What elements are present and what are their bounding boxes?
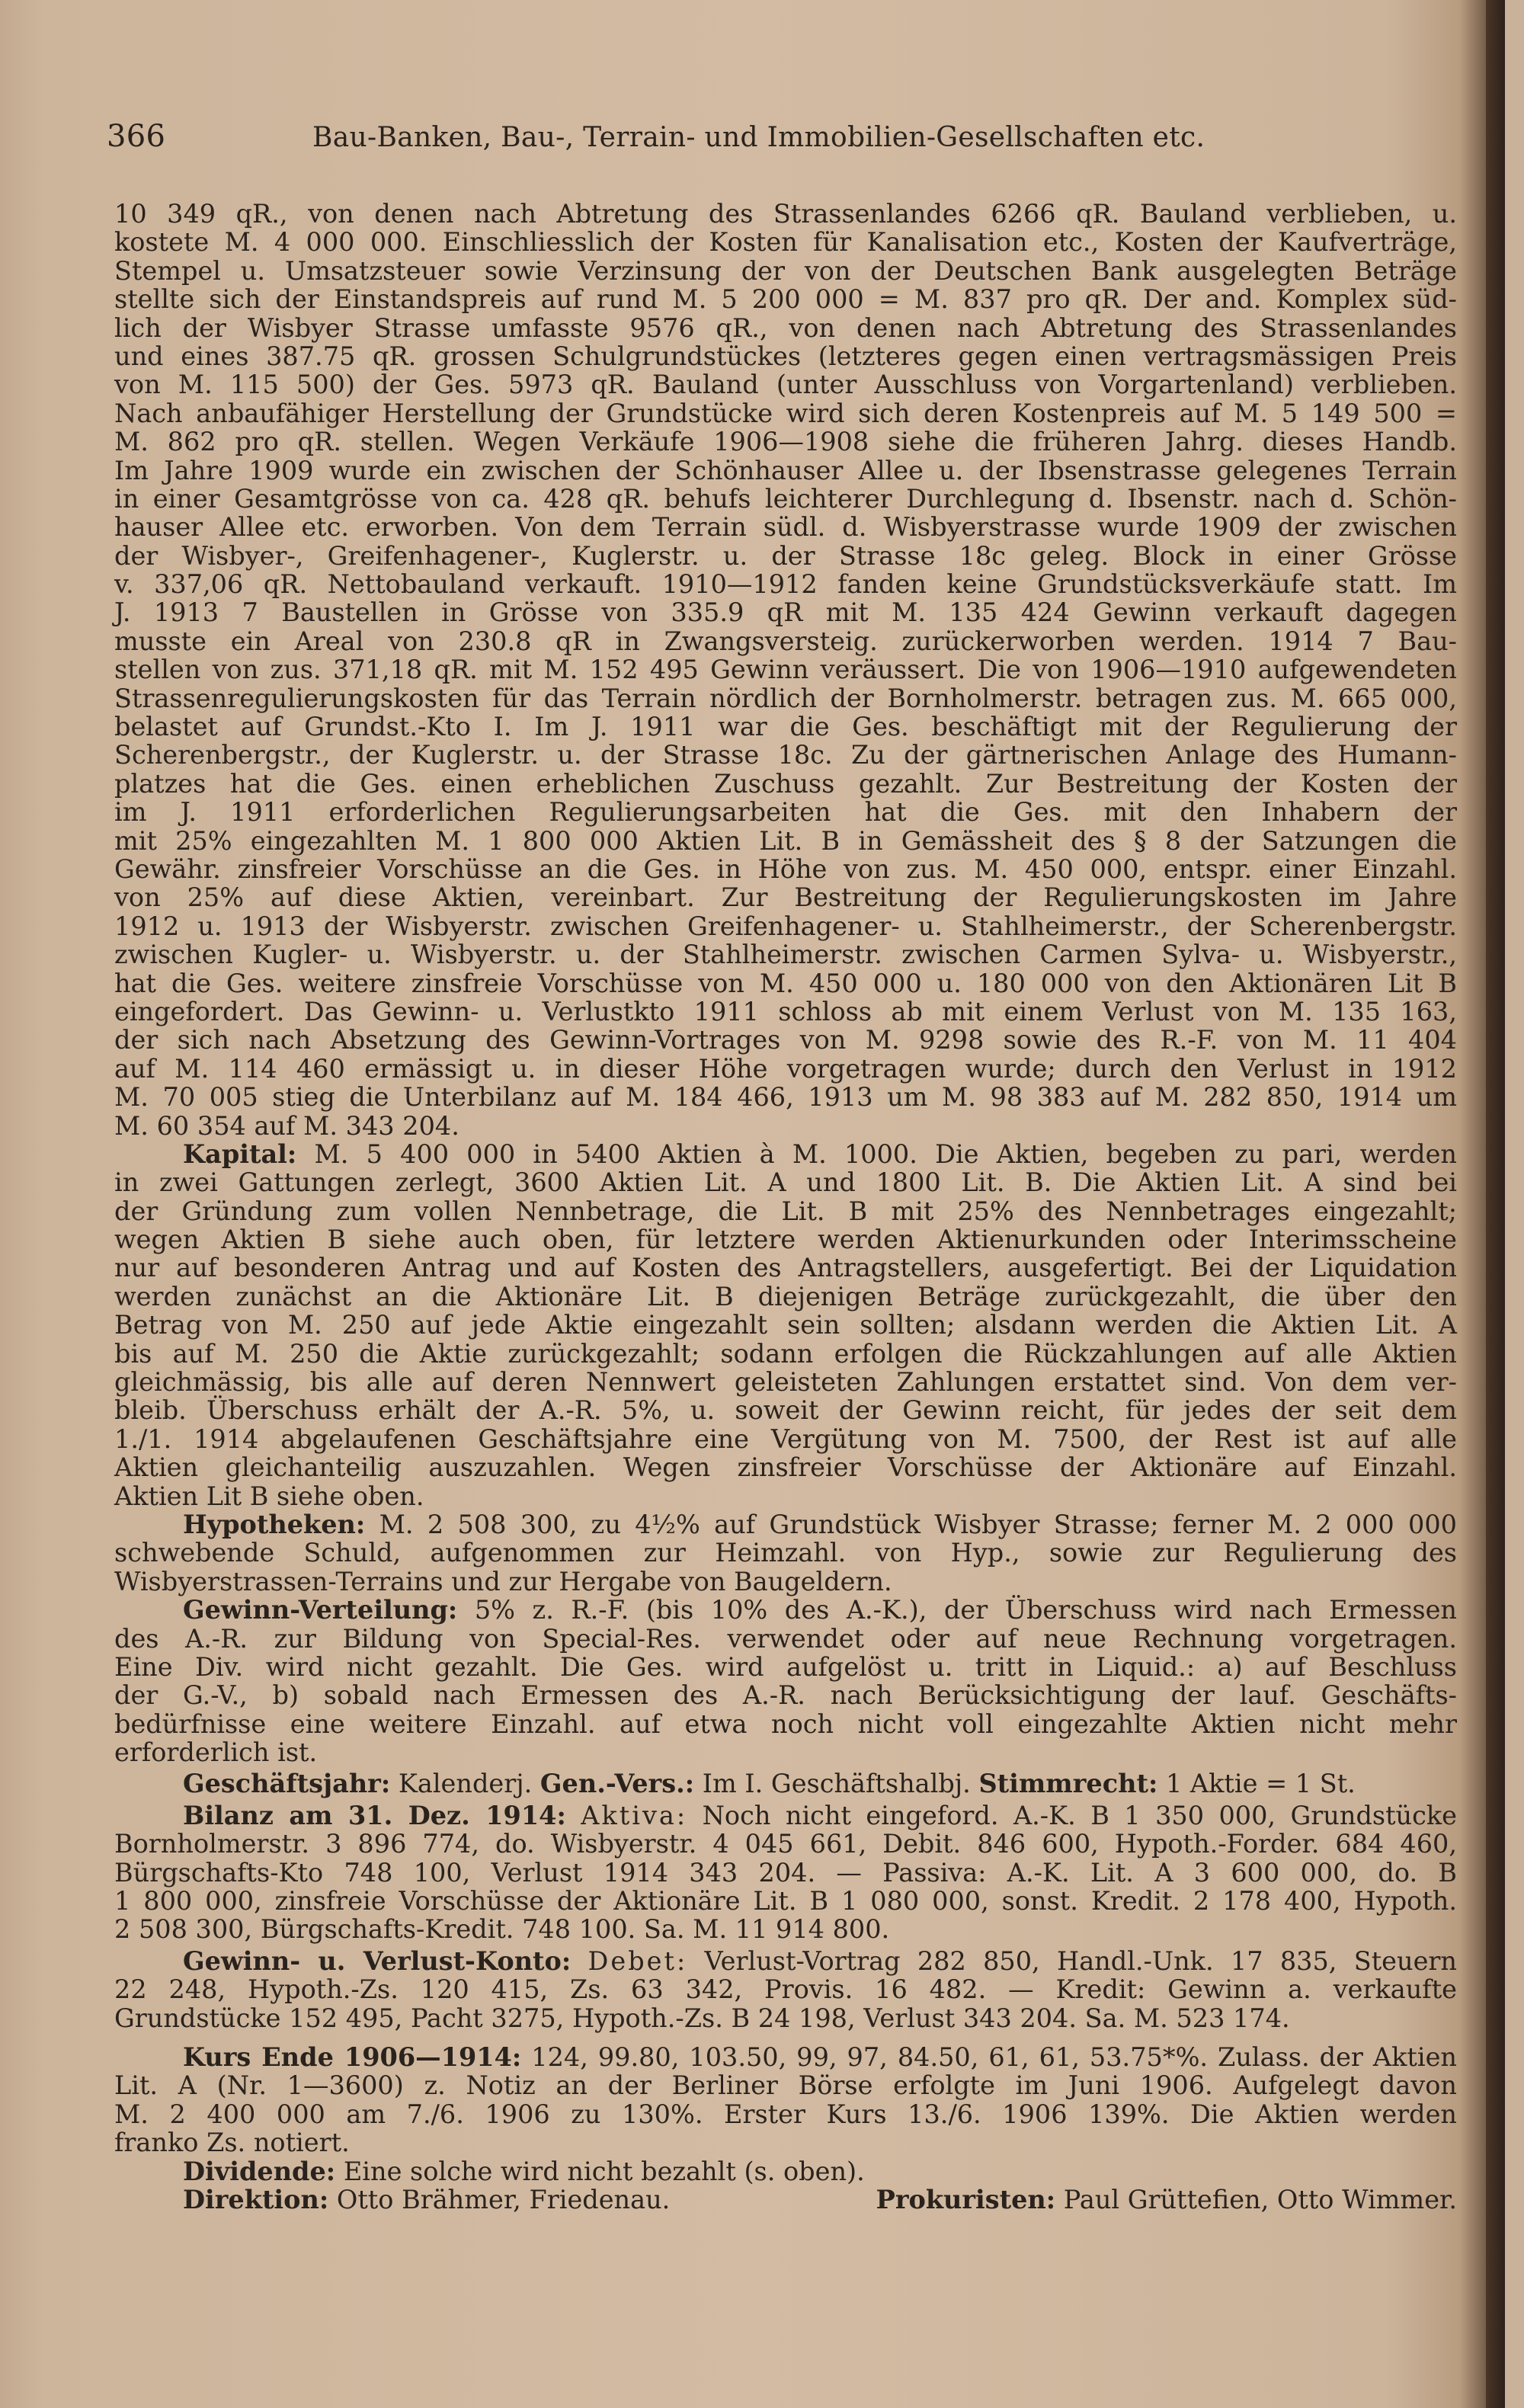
debet-label: Debet: <box>588 1946 688 1976</box>
text-line: eingefordert. Das Gewinn- u. Verlustkto … <box>114 997 1457 1026</box>
text-line: der Gründung zum vollen Nennbetrage, die… <box>114 1197 1457 1225</box>
text-line: auf M. 114 460 ermässigt u. in dieser Hö… <box>114 1055 1457 1083</box>
guv-label: Gewinn- u. Verlust-Konto: <box>183 1946 571 1976</box>
text-line: M. 862 pro qR. stellen. Wegen Verkäufe 1… <box>114 427 1457 456</box>
kapital-body: in zwei Gattungen zerlegt, 3600 Aktien L… <box>114 1168 1457 1510</box>
text-line: 2 508 300, Bürgschafts-Kredit. 748 100. … <box>114 1915 1457 1943</box>
aktiva-label: Aktiva: <box>581 1801 687 1830</box>
text-line: 22 248, Hypoth.-Zs. 120 415, Zs. 63 342,… <box>114 1975 1457 2003</box>
text-line: platzes hat die Ges. einen erheblichen Z… <box>114 770 1457 798</box>
intro-paragraph: 10 349 qR., von denen nach Abtretung des… <box>114 200 1457 1140</box>
text-line: Aktien gleichanteilig auszuzahlen. Wegen… <box>114 1453 1457 1481</box>
text-line: bis auf M. 250 die Aktie zurückgezahlt; … <box>114 1340 1457 1368</box>
text-line: M. 70 005 stieg die Unterbilanz auf M. 1… <box>114 1083 1457 1111</box>
kurs-body: Lit. A (Nr. 1—3600) z. Notiz an der Berl… <box>114 2071 1457 2157</box>
text-line: Betrag von M. 250 auf jede Aktie eingeza… <box>114 1311 1457 1339</box>
text-line: werden zunächst an die Aktionäre Lit. B … <box>114 1282 1457 1311</box>
text-line: hauser Allee etc. erworben. Von dem Terr… <box>114 513 1457 541</box>
text-line: Gewähr. zinsfreier Vorschüsse an die Ges… <box>114 855 1457 883</box>
text-line: Scherenbergstr., der Kuglerstr. u. der S… <box>114 741 1457 769</box>
text-line: und eines 387.75 qR. grossen Schulgrunds… <box>114 342 1457 370</box>
text-line: Stempel u. Umsatzsteuer sowie Verzinsung… <box>114 257 1457 285</box>
text-line: kostete M. 4 000 000. Einschliesslich de… <box>114 228 1457 256</box>
section-kapital: Kapital: M. 5 400 000 in 5400 Aktien à M… <box>114 1140 1457 1510</box>
text-line: im J. 1911 erforderlichen Regulierungsar… <box>114 798 1457 826</box>
text-line: erforderlich ist. <box>114 1738 1457 1766</box>
text-line: stellte sich der Einstandspreis auf rund… <box>114 285 1457 313</box>
text-line: Bornholmerstr. 3 896 774, do. Wisbyerstr… <box>114 1830 1457 1858</box>
stimmrecht-label: Stimmrecht: <box>978 1769 1157 1798</box>
text-line: M. 60 354 auf M. 343 204. <box>114 1112 1457 1140</box>
text-line: musste ein Areal von 230.8 qR in Zwangsv… <box>114 627 1457 655</box>
text-line: belastet auf Grundst.-Kto I. Im J. 1911 … <box>114 712 1457 741</box>
text-line: schwebende Schuld, aufgenommen zur Heimz… <box>114 1539 1457 1567</box>
text-line: hat die Ges. weitere zinsfreie Vorschüss… <box>114 969 1457 997</box>
gewinn-verteilung-label: Gewinn-Verteilung: <box>183 1595 457 1625</box>
text-line: gleichmässig, bis alle auf deren Nennwer… <box>114 1368 1457 1396</box>
text-line: J. 1913 7 Baustellen in Grösse von 335.9… <box>114 598 1457 626</box>
text-line: von 25% auf diese Aktien, vereinbart. Zu… <box>114 883 1457 911</box>
hypotheken-body: schwebende Schuld, aufgenommen zur Heimz… <box>114 1539 1457 1596</box>
running-header: 366Bau-Banken, Bau-, Terrain- und Immobi… <box>107 119 1250 154</box>
text-line: 1 800 000, zinsfreie Vorschüsse der Akti… <box>114 1887 1457 1915</box>
text-line: in zwei Gattungen zerlegt, 3600 Aktien L… <box>114 1168 1457 1196</box>
bilanz-body: Bornholmerstr. 3 896 774, do. Wisbyerstr… <box>114 1830 1457 1944</box>
text-line: bleib. Überschuss erhält der A.-R. 5%, u… <box>114 1396 1457 1424</box>
section-kurs: Kurs Ende 1906—1914: 124, 99.80, 103.50,… <box>114 2043 1457 2157</box>
kapital-first-line: Kapital: M. 5 400 000 in 5400 Aktien à M… <box>114 1140 1457 1168</box>
guv-body: 22 248, Hypoth.-Zs. 120 415, Zs. 63 342,… <box>114 1975 1457 2032</box>
kurs-label: Kurs Ende 1906—1914: <box>183 2042 521 2072</box>
direktion-label: Direktion: <box>183 2185 328 2214</box>
hypotheken-first-line: Hypotheken: M. 2 508 300, zu 4½% auf Gru… <box>114 1510 1457 1539</box>
text-line: franko Zs. notiert. <box>114 2128 1457 2157</box>
section-geschaeftsjahr: Geschäftsjahr: Kalenderj. Gen.-Vers.: Im… <box>114 1769 1457 1798</box>
bilanz-first-line: Bilanz am 31. Dez. 1914: Aktiva: Noch ni… <box>114 1801 1457 1830</box>
section-gewinn-verteilung: Gewinn-Verteilung: 5% z. R.-F. (bis 10% … <box>114 1596 1457 1766</box>
text-line: mit 25% eingezahlten M. 1 800 000 Aktien… <box>114 827 1457 855</box>
running-title: Bau-Banken, Bau-, Terrain- und Immobilie… <box>312 122 1205 153</box>
prokuristen-entry: Prokuristen: Paul Grüttefien, Otto Wimme… <box>876 2185 1457 2214</box>
hypotheken-label: Hypotheken: <box>183 1510 365 1539</box>
text-line: 1912 u. 1913 der Wisbyerstr. zwischen Gr… <box>114 912 1457 940</box>
page-body: 10 349 qR., von denen nach Abtretung des… <box>114 200 1457 2214</box>
text-line: in einer Gesamtgrösse von ca. 428 qR. be… <box>114 485 1457 513</box>
text-line: zwischen Kugler- u. Wisbyerstr. u. der S… <box>114 940 1457 969</box>
text-line: Eine Div. wird nicht gezahlt. Die Ges. w… <box>114 1653 1457 1681</box>
text-line: Grundstücke 152 495, Pacht 3275, Hypoth.… <box>114 2004 1457 2032</box>
text-line: Wisbyerstrassen-Terrains und zur Hergabe… <box>114 1567 1457 1596</box>
text-line: 10 349 qR., von denen nach Abtretung des… <box>114 200 1457 228</box>
prokuristen-label: Prokuristen: <box>876 2185 1056 2214</box>
text-line: der G.-V., b) sobald nach Ermessen des A… <box>114 1681 1457 1709</box>
section-dividende: Dividende: Eine solche wird nicht bezahl… <box>114 2157 1457 2185</box>
book-spine-edge <box>1486 0 1505 2408</box>
direktion-entry: Direktion: Otto Brähmer, Friedenau. <box>183 2185 670 2214</box>
text-line: Aktien Lit B siehe oben. <box>114 1482 1457 1510</box>
text-line: von M. 115 500) der Ges. 5973 qR. Baulan… <box>114 370 1457 399</box>
section-bilanz: Bilanz am 31. Dez. 1914: Aktiva: Noch ni… <box>114 1801 1457 1944</box>
section-gewinn-verlust: Gewinn- u. Verlust-Konto: Debet: Verlust… <box>114 1947 1457 2032</box>
gewinn-verteilung-first-line: Gewinn-Verteilung: 5% z. R.-F. (bis 10% … <box>114 1596 1457 1624</box>
genvers-label: Gen.-Vers.: <box>540 1769 694 1798</box>
kapital-label: Kapital: <box>183 1139 296 1169</box>
text-line: wegen Aktien B siehe auch oben, für letz… <box>114 1225 1457 1254</box>
text-line: der sich nach Absetzung des Gewinn-Vortr… <box>114 1026 1457 1054</box>
text-line: Nach anbaufähiger Herstellung der Grunds… <box>114 399 1457 427</box>
text-line: v. 337,06 qR. Nettobauland verkauft. 191… <box>114 570 1457 598</box>
text-line: Im Jahre 1909 wurde ein zwischen der Sch… <box>114 456 1457 485</box>
text-line: M. 2 400 000 am 7./6. 1906 zu 130%. Erst… <box>114 2100 1457 2128</box>
text-line: nur auf besonderen Antrag und auf Kosten… <box>114 1254 1457 1282</box>
guv-first-line: Gewinn- u. Verlust-Konto: Debet: Verlust… <box>114 1947 1457 1975</box>
text-line: des A.-R. zur Bildung von Special-Res. v… <box>114 1625 1457 1653</box>
text-line: Strassenregulierungskosten für das Terra… <box>114 684 1457 712</box>
kurs-first-line: Kurs Ende 1906—1914: 124, 99.80, 103.50,… <box>114 2043 1457 2071</box>
text-line: 1./1. 1914 abgelaufenen Geschäftsjahre e… <box>114 1425 1457 1453</box>
text-line: Bürgschafts-Kto 748 100, Verlust 1914 34… <box>114 1859 1457 1887</box>
text-line: Lit. A (Nr. 1—3600) z. Notiz an der Berl… <box>114 2071 1457 2099</box>
bilanz-label: Bilanz am 31. Dez. 1914: <box>183 1801 566 1830</box>
gewinn-verteilung-body: des A.-R. zur Bildung von Special-Res. v… <box>114 1625 1457 1767</box>
dividende-label: Dividende: <box>183 2157 335 2186</box>
section-hypotheken: Hypotheken: M. 2 508 300, zu 4½% auf Gru… <box>114 1510 1457 1596</box>
text-line: bedürfnisse eine weitere Einzahl. auf et… <box>114 1710 1457 1738</box>
section-direktion: Direktion: Otto Brähmer, Friedenau. Prok… <box>114 2185 1457 2214</box>
text-line: stellen von zus. 371,18 qR. mit M. 152 4… <box>114 655 1457 684</box>
geschaeftsjahr-label: Geschäftsjahr: <box>183 1769 390 1798</box>
book-page: 366Bau-Banken, Bau-, Terrain- und Immobi… <box>0 0 1505 2408</box>
page-number: 366 <box>107 119 312 154</box>
text-line: lich der Wisbyer Strasse umfasste 9576 q… <box>114 314 1457 342</box>
text-line: der Wisbyer-, Greifenhagener-, Kuglerstr… <box>114 542 1457 570</box>
